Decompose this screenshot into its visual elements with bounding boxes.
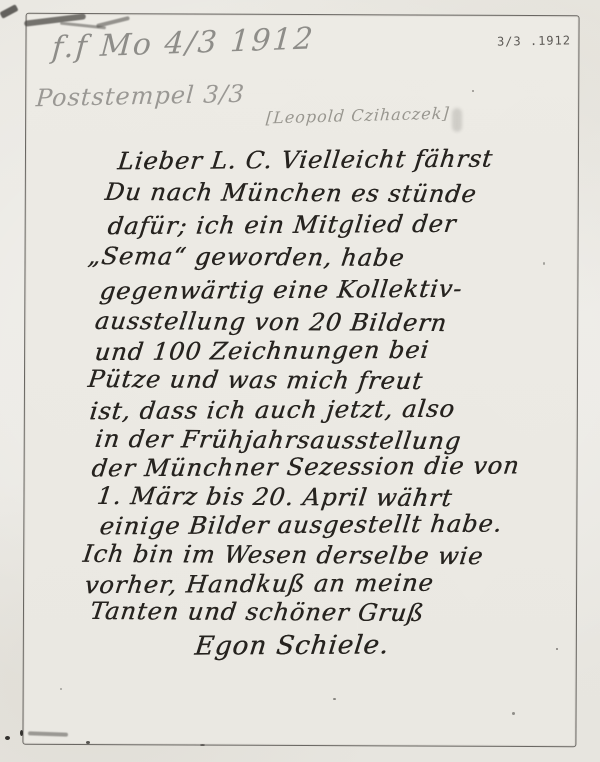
speck [556, 648, 558, 650]
speck [472, 90, 474, 92]
speck [20, 730, 23, 736]
letter-line: Tanten und schöner Gruß [88, 597, 426, 627]
speck [333, 698, 336, 700]
letter-line: „Sema“ geworden, habe [86, 242, 406, 272]
letter-line: Du nach München es stünde [103, 178, 478, 208]
letter-line: der Münchner Sezession die von [90, 452, 521, 483]
letter-line: 1. März bis 20. April währt [95, 482, 454, 512]
scanned-letter-page: f.f Mo 4/3 1912 Poststempel 3/3 3/3 .191… [0, 0, 600, 762]
letter-line: gegenwärtig eine Kollektiv- [98, 275, 464, 306]
letter-line: ist, dass ich auch jetzt, also [88, 395, 456, 426]
letter-line: Ich bin im Wesen derselbe wie [81, 540, 485, 570]
letter-line: Pütze und was mich freut [86, 365, 424, 395]
speck [86, 741, 90, 744]
speck [60, 688, 62, 690]
letter-line: in der Frühjahrsausstellung [93, 425, 463, 455]
speck [512, 712, 515, 715]
letter-line: Lieber L. C. Vielleicht fährst [116, 145, 494, 176]
letter-line: dafür; ich ein Mitglied der [106, 210, 458, 240]
speck [543, 262, 545, 265]
letter-line: vorher, Handkuß an meine [83, 569, 435, 599]
letter-body: Lieber L. C. Vielleicht fährst Du nach M… [0, 0, 600, 762]
signature: Egon Schiele. [193, 630, 391, 661]
speck [200, 744, 205, 746]
speck [5, 736, 10, 740]
letter-line: und 100 Zeichnungen bei [93, 336, 431, 366]
letter-line: ausstellung von 20 Bildern [93, 307, 449, 337]
letter-line: einige Bilder ausgestellt habe. [98, 510, 504, 541]
